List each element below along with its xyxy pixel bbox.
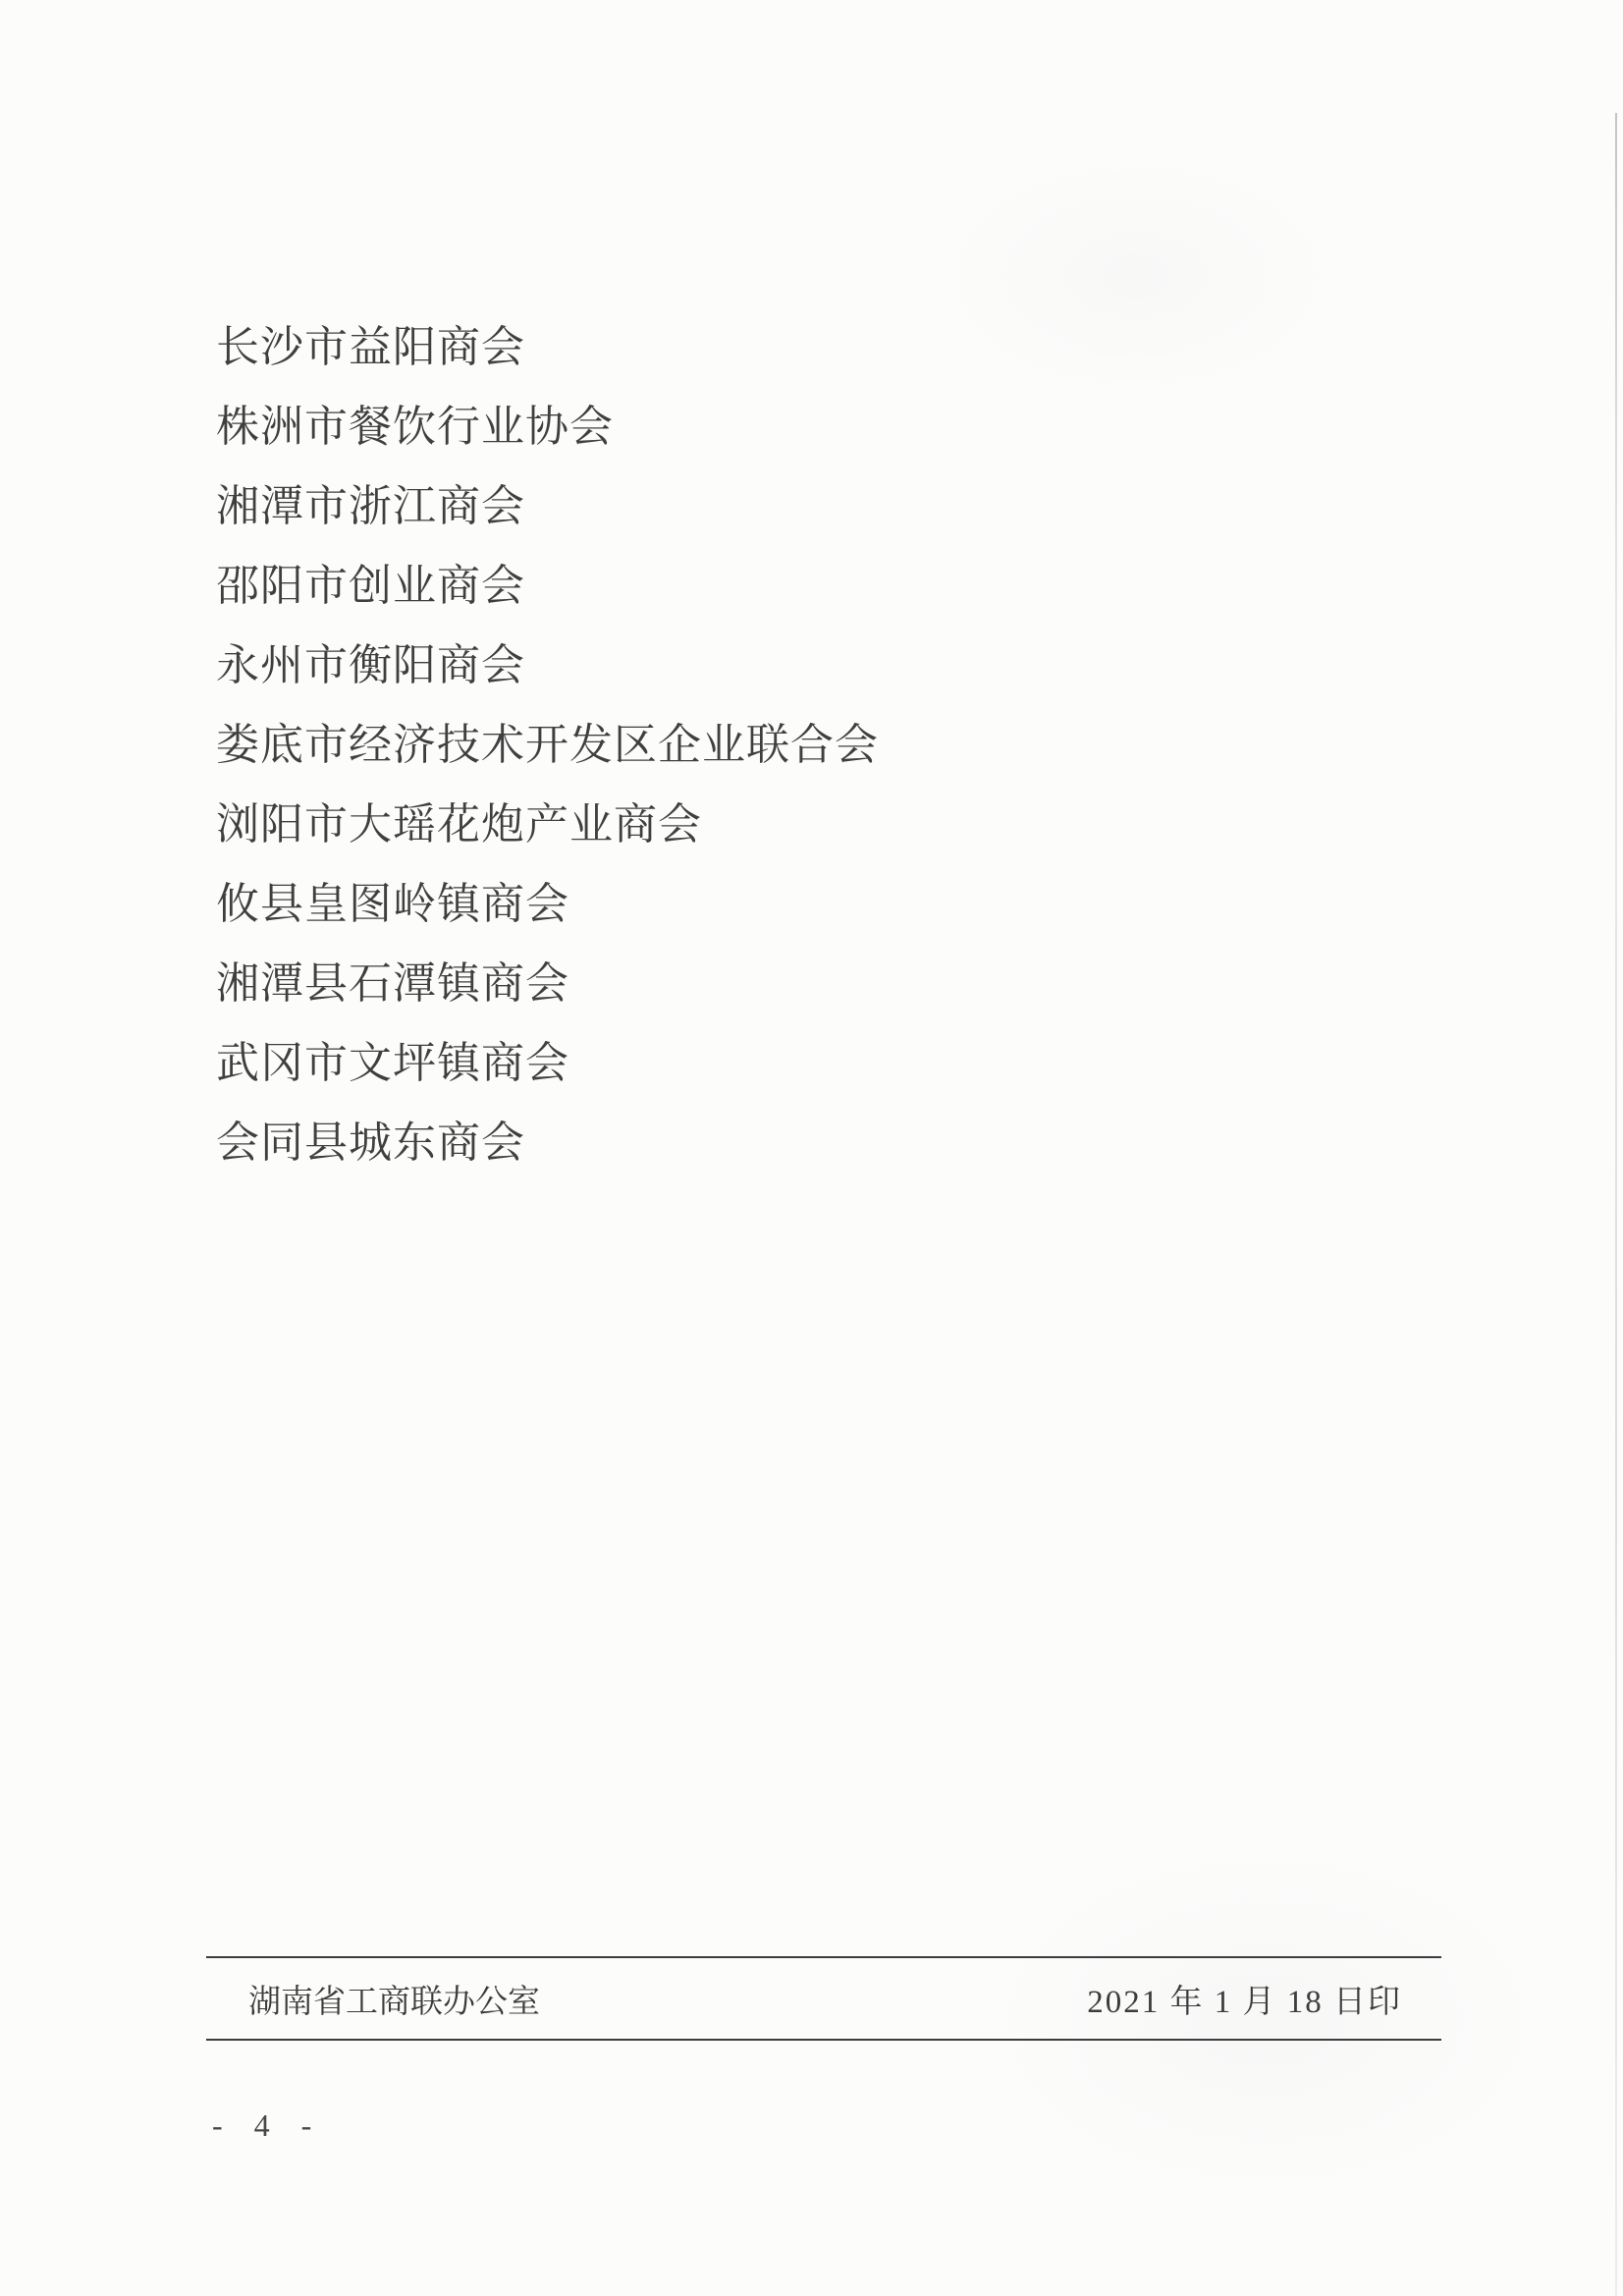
scan-artifact-right-edge [1615, 113, 1617, 2296]
list-item: 长沙市益阳商会 [216, 302, 879, 382]
list-item: 浏阳市大瑶花炮产业商会 [216, 780, 879, 859]
list-item: 永州市衡阳商会 [216, 621, 879, 700]
list-item: 株洲市餐饮行业协会 [216, 382, 879, 462]
list-item: 湘潭县石潭镇商会 [216, 939, 879, 1018]
list-item: 湘潭市浙江商会 [216, 462, 879, 541]
list-item: 会同县城东商会 [216, 1098, 879, 1177]
list-item: 武冈市文坪镇商会 [216, 1018, 879, 1098]
page-number: - 4 - [212, 2107, 323, 2144]
footer-issuer: 湖南省工商联办公室 [248, 1976, 540, 2022]
footer-print-date: 2021 年 1 月 18 日印 [1087, 1976, 1402, 2022]
list-item: 攸县皇图岭镇商会 [216, 859, 879, 939]
list-item: 娄底市经济技术开发区企业联合会 [216, 700, 879, 780]
org-list: 长沙市益阳商会 株洲市餐饮行业协会 湘潭市浙江商会 邵阳市创业商会 永州市衡阳商… [216, 302, 879, 1177]
document-page: 长沙市益阳商会 株洲市餐饮行业协会 湘潭市浙江商会 邵阳市创业商会 永州市衡阳商… [0, 0, 1623, 2296]
footer-bottom-rule [206, 2039, 1441, 2041]
footer-row: 湖南省工商联办公室 2021 年 1 月 18 日印 [206, 1958, 1441, 2039]
list-item: 邵阳市创业商会 [216, 541, 879, 621]
